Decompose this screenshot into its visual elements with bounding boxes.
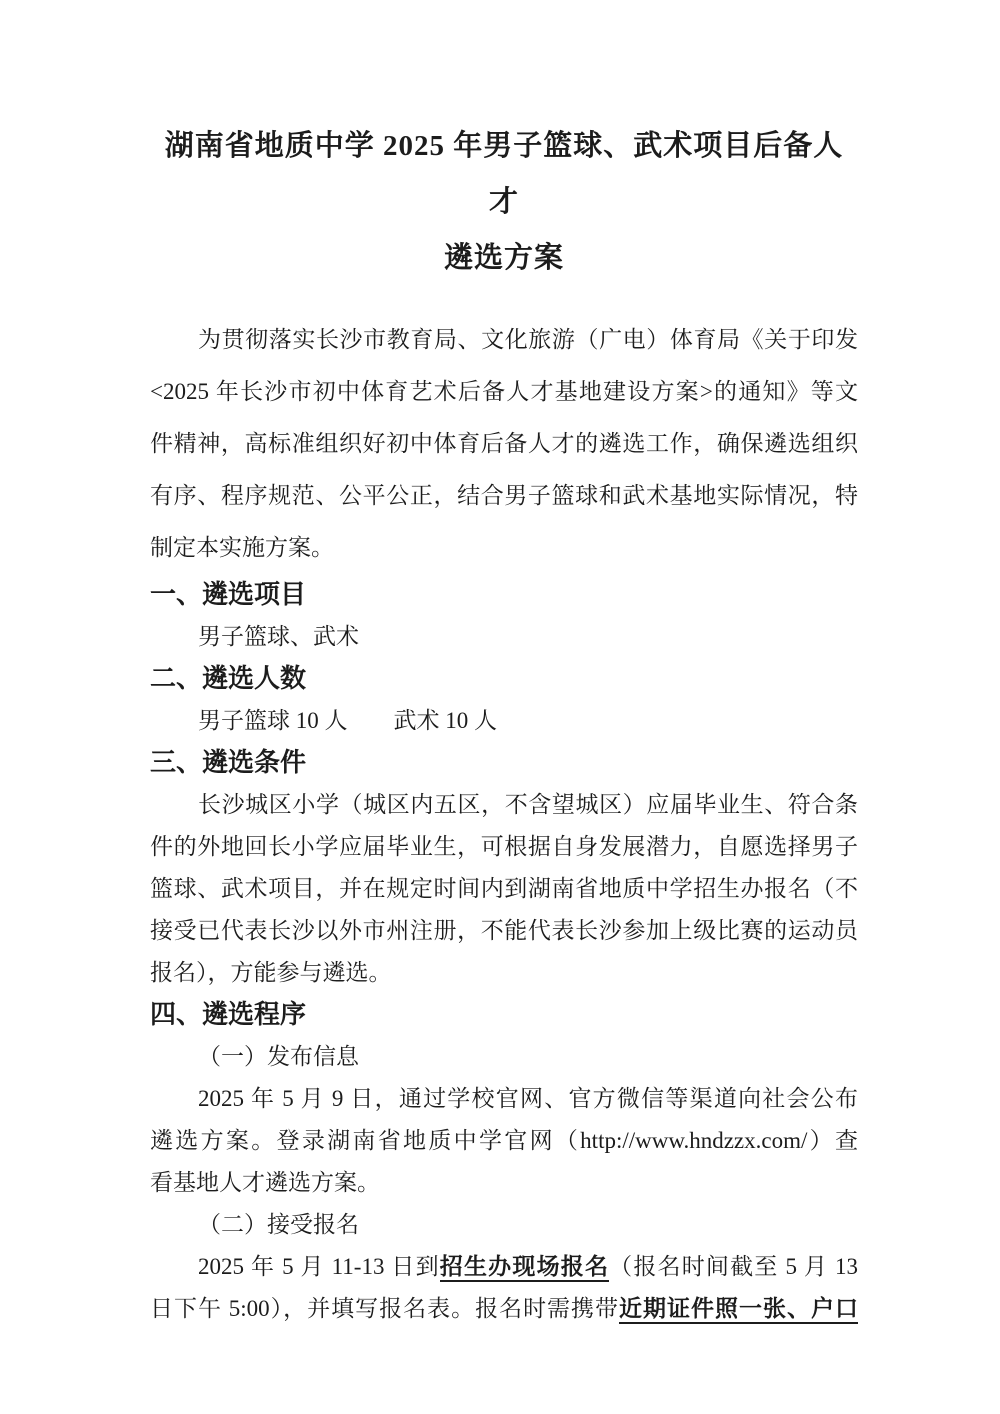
registration-text: 日下午 5:00），并填写报名表。报名时需携带: [150, 1296, 619, 1321]
intro-paragraph: 为贯彻落实长沙市教育局、文化旅游（广电）体育局《关于印发 <2025 年长沙市初…: [150, 314, 858, 574]
section-4-heading: 四、遴选程序: [150, 994, 858, 1036]
registration-text: 2025 年 5 月 11-13 日到: [198, 1254, 440, 1279]
section-3-line: 接受已代表长沙以外市州注册，不能代表长沙参加上级比赛的运动员: [150, 910, 858, 952]
subsection-2-line: 日下午 5:00），并填写报名表。报名时需携带近期证件照一张、户口: [150, 1288, 858, 1330]
section-3-line: 篮球、武术项目，并在规定时间内到湖南省地质中学招生办报名（不: [150, 868, 858, 910]
intro-line: <2025 年长沙市初中体育艺术后备人才基地建设方案>的通知》等文: [150, 366, 858, 418]
section-2-item: 男子篮球 10 人 武术 10 人: [150, 700, 858, 742]
section-3-line: 长沙城区小学（城区内五区，不含望城区）应届毕业生、符合条: [150, 784, 858, 826]
intro-line: 为贯彻落实长沙市教育局、文化旅游（广电）体育局《关于印发: [150, 314, 858, 366]
title-line-2: 遴选方案: [150, 230, 858, 286]
document-title: 湖南省地质中学 2025 年男子篮球、武术项目后备人才 遴选方案: [150, 118, 858, 286]
subsection-2-heading: （二）接受报名: [150, 1204, 858, 1246]
subsection-1-line: 2025 年 5 月 9 日，通过学校官网、官方微信等渠道向社会公布: [150, 1078, 858, 1120]
intro-line: 件精神，高标准组织好初中体育后备人才的遴选工作，确保遴选组织: [150, 418, 858, 470]
section-3-line: 件的外地回长小学应届毕业生，可根据自身发展潜力，自愿选择男子: [150, 826, 858, 868]
document-page: 湖南省地质中学 2025 年男子篮球、武术项目后备人才 遴选方案 为贯彻落实长沙…: [0, 0, 1000, 1414]
registration-text: （报名时间截至 5 月 13: [609, 1254, 858, 1279]
title-line-1: 湖南省地质中学 2025 年男子篮球、武术项目后备人才: [150, 118, 858, 230]
subsection-2-line: 2025 年 5 月 11-13 日到招生办现场报名（报名时间截至 5 月 13: [150, 1246, 858, 1288]
intro-line: 制定本实施方案。: [150, 522, 858, 574]
document-body: 湖南省地质中学 2025 年男子篮球、武术项目后备人才 遴选方案 为贯彻落实长沙…: [0, 0, 1000, 1330]
section-3-heading: 三、遴选条件: [150, 742, 858, 784]
section-1-item: 男子篮球、武术: [150, 616, 858, 658]
section-2-heading: 二、遴选人数: [150, 658, 858, 700]
registration-emphasis: 招生办现场报名: [440, 1254, 609, 1282]
subsection-1-line: 遴选方案。登录湖南省地质中学官网（http://www.hndzzx.com/）…: [150, 1120, 858, 1162]
documents-emphasis: 近期证件照一张、户口: [619, 1296, 858, 1324]
intro-line: 有序、程序规范、公平公正，结合男子篮球和武术基地实际情况，特: [150, 470, 858, 522]
subsection-1-heading: （一）发布信息: [150, 1036, 858, 1078]
section-1-heading: 一、遴选项目: [150, 574, 858, 616]
section-3-line: 报名），方能参与遴选。: [150, 952, 858, 994]
subsection-1-line: 看基地人才遴选方案。: [150, 1162, 858, 1204]
